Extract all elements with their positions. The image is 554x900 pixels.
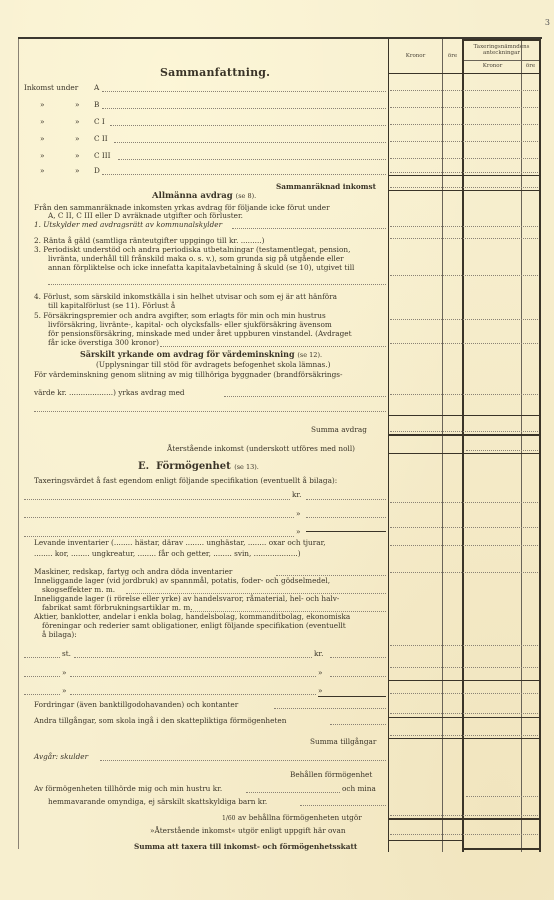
deduction-item-4-line-2: till kapitalförlust (se 11). Förlust å [48,301,175,310]
deduction-item-1: 1. Utskylder med avdragsrätt av kommunal… [34,220,222,229]
page-title: Sammanfattning. [160,66,270,79]
remaining-income-label: Återstående inkomst (underskott utföres … [167,444,355,453]
entry-leader [114,142,386,143]
ownership-line-1a: Av förmögenheten tillhörde mig och min h… [34,784,222,793]
entry-leader [24,676,60,677]
sum-rule [388,453,540,454]
special-deduction-heading: Särskilt yrkande om avdrag för värdemins… [80,350,322,360]
special-deduction-line-2: värde kr. ...................) yrkas avd… [34,388,185,397]
entry-leader [330,657,386,658]
entry-line [390,275,538,276]
shares-st-label: st. [62,649,71,658]
ditto-mark: » [40,134,44,143]
ditto-mark: » [318,668,322,677]
entry-leader [24,499,290,500]
entry-leader [74,657,312,658]
total-income-label: Sammanräknad inkomst [276,182,376,191]
sum-rule [388,840,462,841]
income-item-a: A [94,83,99,92]
sum-rule [388,415,540,416]
deduction-item-3-line-2: livränta, underhåll till frånskild maka … [48,254,344,263]
header-taxering-ore: öre [522,60,539,72]
entry-leader [110,125,386,126]
net-wealth-label: Behållen förmögenhet [290,770,372,779]
entry-line [390,107,538,108]
income-item-d: D [94,166,100,175]
shares-line-2: föreningar och rederier samt obligatione… [42,621,346,630]
sum-rule [388,738,540,739]
ditto-mark: » [62,668,66,677]
deductions-intro-2: A, C II, C III eller D avräknade utgifte… [48,211,243,220]
deduction-item-3-line-3: annan förpliktelse och icke innefatta ka… [48,263,354,272]
entry-leader [24,536,294,537]
income-item-c3: C III [94,151,111,160]
special-heading-text: Särskilt yrkande om avdrag för värdemins… [80,349,295,359]
deduction-item-5-line-3: för pensionsförsäkring, minskade med und… [48,329,352,338]
ditto-mark: » [40,151,44,160]
ditto-mark: » [318,686,322,695]
col-divider [442,39,443,852]
entry-leader [160,346,386,347]
sum-rule [388,680,540,681]
entry-line [466,796,538,797]
header-kronor: Kronor [389,39,442,73]
stock-agriculture-line-1: Inneliggande lager (vid jordbruk) av spa… [34,576,330,585]
livestock-line-2: ........ kor, ........ ungkreatur, .....… [34,549,301,558]
sum-rule [388,175,540,176]
col-divider-thick [462,39,464,852]
kr-label: kr. [292,490,301,499]
entry-line [390,90,538,91]
entry-line [390,226,538,227]
income-item-c1: C I [94,117,105,126]
special-heading-ref: (se 12). [297,351,322,359]
remaining-income-ref: »Återstående inkomst« utgör enligt uppgi… [150,826,346,835]
header-taxering: Taxeringsnämndens anteckningar [464,41,539,59]
fraction-line: 1/60 av behållna förmögenheten utgör [222,813,362,823]
deduction-item-5-line-4: får icke överstiga 300 kronor) [48,338,159,347]
wealth-heading-letter: E. [138,461,149,472]
income-label: Inkomst under [24,83,78,92]
stock-agriculture-line-2: skogseffekter m. m. [42,585,115,594]
deduction-item-3-line-1: 3. Periodiskt understöd och andra period… [34,245,350,254]
sum-rule-thick [388,434,540,436]
entry-leader [70,694,316,695]
entry-line [390,394,538,395]
machines-label: Maskiner, redskap, fartyg och andra döda… [34,567,232,576]
entry-leader [330,724,386,725]
entry-leader [102,91,386,92]
entry-leader [306,499,386,500]
left-margin-rule [18,39,19,849]
ditto-mark: » [75,117,79,126]
stock-business-line-2: fabrikat samt förbrukningsartiklar m. m. [42,603,193,612]
entry-leader [232,228,386,229]
special-deduction-line-1: För värdeminskning genom slitning av mig… [34,370,342,379]
entry-line [390,238,538,239]
entry-leader [246,792,340,793]
sum-rule-thick [388,818,540,820]
entry-leader [48,284,386,285]
entry-line [390,693,538,694]
ditto-mark: » [75,166,79,175]
sum-assets-label: Summa tillgångar [310,737,376,746]
subtotal-rule [318,696,386,697]
stock-business-line-1: Inneliggande lager (i rörelse eller yrke… [34,594,339,603]
entry-line [390,527,538,528]
entry-line [390,572,538,573]
deduction-item-5-line-1: 5. Försäkringspremier och andra avgifter… [34,311,326,320]
entry-leader [100,760,386,761]
page-number: 3 [545,18,550,27]
livestock-line-1: Levande inventarier (........ hästar, dä… [34,538,326,547]
entry-line [390,343,538,344]
entry-leader [102,108,386,109]
ditto-mark: » [75,134,79,143]
entry-leader [70,676,316,677]
entry-leader [224,396,386,397]
deduction-item-4-line-1: 4. Förlust, som särskild inkomstkälla i … [34,292,337,301]
wealth-heading-ref: (se 13). [234,463,259,471]
shares-line-3: å bilaga): [42,630,77,639]
deductions-heading-ref: (se 8). [236,192,257,200]
entry-line [390,141,538,142]
entry-leader [24,657,60,658]
ditto-mark: » [296,527,300,536]
total-taxable-label: Summa att taxera till inkomst- och förmö… [134,842,357,851]
ditto-mark: » [40,117,44,126]
col-divider [388,39,389,852]
ditto-mark: » [296,509,300,518]
subtotal-rule [306,531,386,532]
entry-line [390,735,538,736]
header-ore: öre [443,39,462,73]
ditto-mark: » [62,686,66,695]
header-taxering-kronor: Kronor [464,60,521,72]
real-estate-label: Taxeringsvärdet å fast egendom enligt fö… [34,476,337,485]
entry-line [390,713,538,714]
amount-columns: Kronor öre Taxeringsnämndens anteckninga… [388,39,540,852]
entry-line [390,815,538,816]
ditto-mark: » [40,100,44,109]
claims-label: Fordringar (även banktillgodohavanden) o… [34,700,238,709]
entry-leader [330,676,386,677]
entry-leader [34,411,386,412]
entry-leader [274,708,386,709]
header-bottom-rule [388,73,540,74]
entry-line [466,450,538,451]
deduction-item-2: 2. Ränta å gäld (samtliga ränteutgifter … [34,236,264,245]
kr-label: kr. [314,649,323,658]
debts-label: Avgår: skulder [34,752,88,761]
sum-rule [388,190,540,191]
col-divider [521,39,522,852]
shares-line-1: Aktier, banklotter, andelar i enkla bola… [34,612,350,621]
entry-line [390,645,538,646]
entry-line [390,834,538,835]
entry-line [390,158,538,159]
wealth-heading-text: Förmögenhet [156,461,231,472]
entry-leader [300,805,386,806]
entry-line [390,172,538,173]
wealth-heading: E. Förmögenhet (se 13). [138,461,259,473]
entry-leader [24,694,60,695]
entry-line [390,667,538,668]
ownership-line-1b: och mina [342,784,376,793]
special-deduction-note: (Upplysningar till stöd för avdragets be… [96,360,330,369]
deduction-item-5-line-2: livförsäkring, livränte-, kapital- och o… [48,320,332,329]
entry-line [390,319,538,320]
fraction-text: av behållna förmögenheten utgör [238,813,362,822]
ditto-mark: » [40,166,44,175]
entry-line [390,431,538,432]
sum-deductions-label: Summa avdrag [311,425,367,434]
ditto-mark: » [75,151,79,160]
entry-leader [102,174,386,175]
ditto-mark: » [75,100,79,109]
entry-leader [24,517,294,518]
entry-leader [306,517,386,518]
income-item-c2: C II [94,134,108,143]
col-divider-thick [539,39,541,852]
sum-rule [388,717,540,718]
entry-line [390,545,538,546]
entry-line [390,124,538,125]
fraction-value: 1/60 [222,815,235,822]
deductions-heading-text: Allmänna avdrag [152,191,233,201]
ownership-line-2: hemmavarande omyndiga, ej särskilt skatt… [48,797,267,806]
entry-line [390,187,538,188]
entry-line [390,502,538,503]
income-item-b: B [94,100,99,109]
total-rule [462,848,541,850]
other-assets-label: Andra tillgångar, som skola ingå i den s… [34,716,286,725]
deductions-heading: Allmänna avdrag (se 8). [152,192,256,201]
entry-leader [118,159,386,160]
